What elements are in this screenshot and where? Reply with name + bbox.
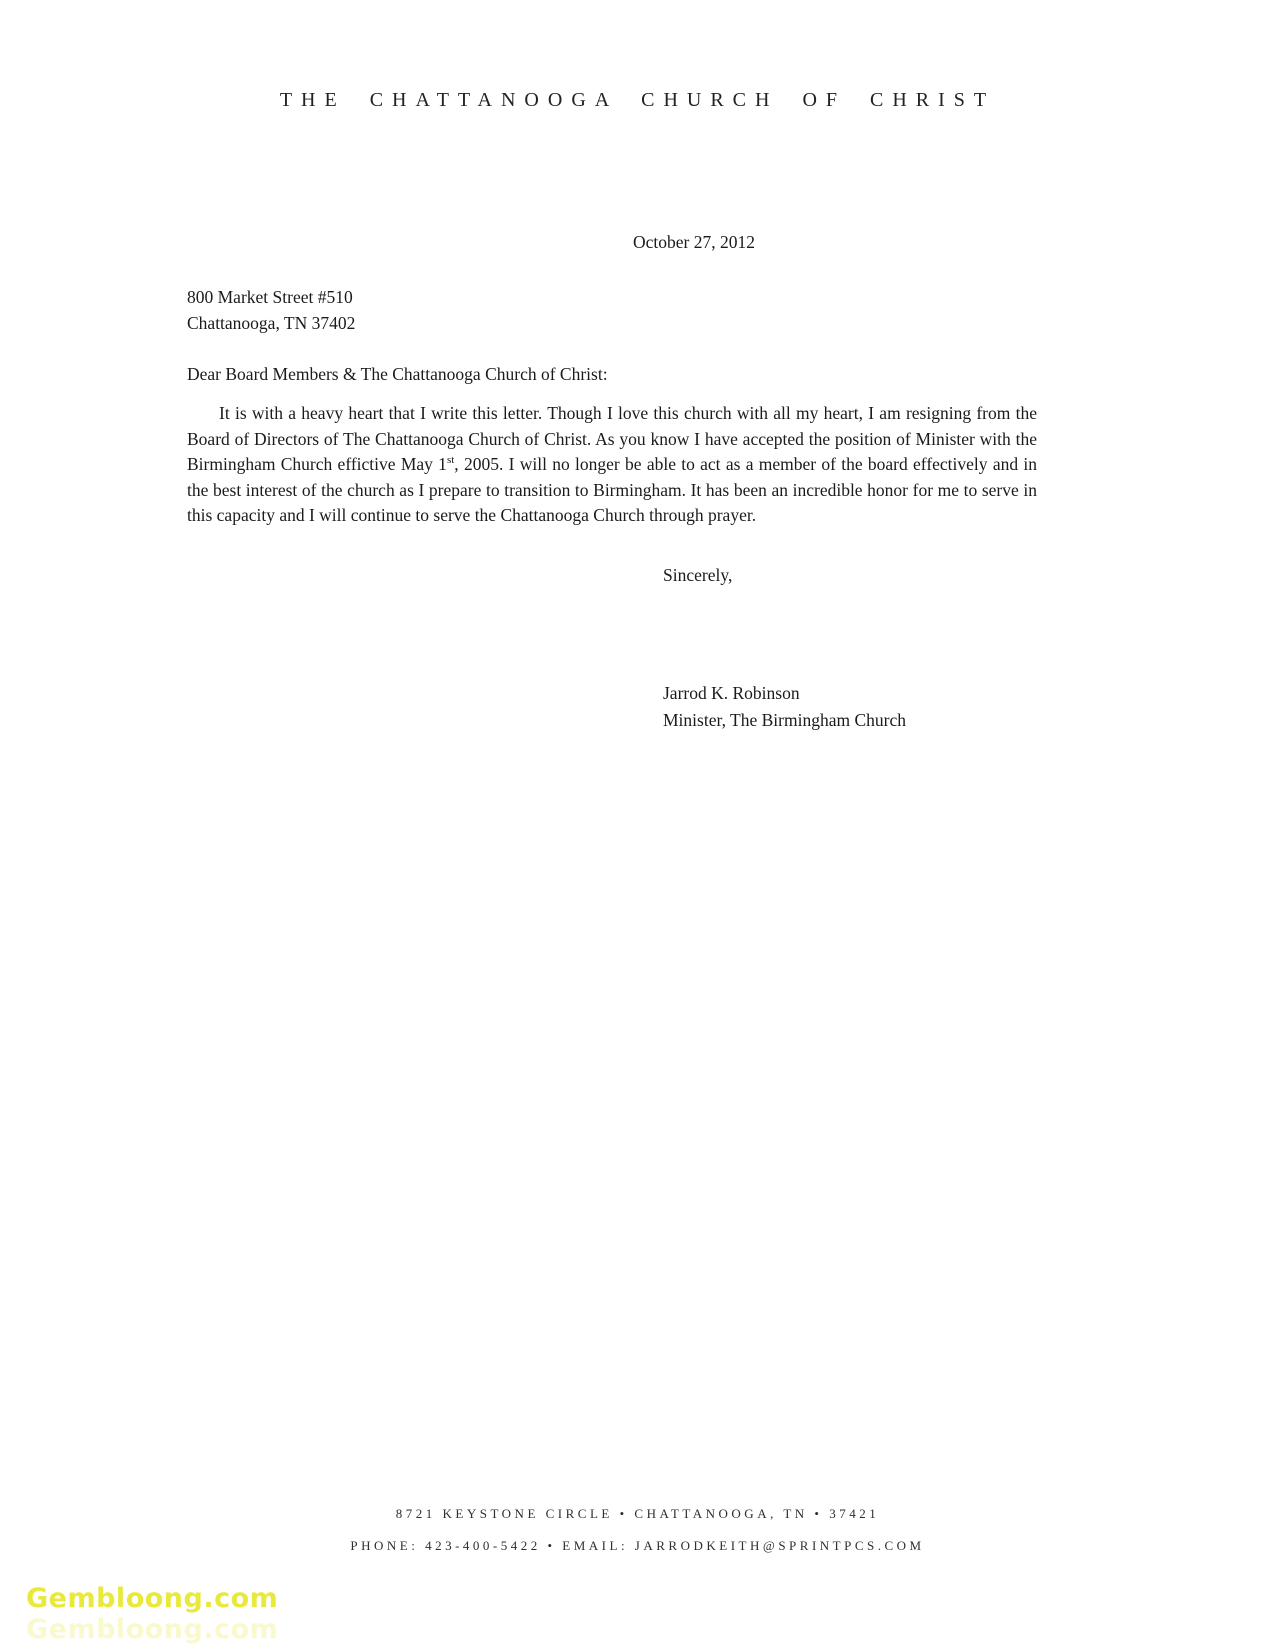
letter-footer: 8721 KEYSTONE CIRCLE • CHATTANOOGA, TN •… (0, 1498, 1275, 1562)
salutation: Dear Board Members & The Chattanooga Chu… (187, 362, 1037, 387)
watermark-ghost-text: Gembloong.com (26, 1614, 278, 1645)
body-paragraph: It is with a heavy heart that I write th… (187, 401, 1037, 529)
watermark-text: Gembloong.com (26, 1583, 278, 1614)
footer-contact-line: PHONE: 423-400-5422 • EMAIL: JARRODKEITH… (0, 1530, 1275, 1562)
closing-word: Sincerely, (663, 563, 732, 588)
closing-line: Sincerely, (187, 563, 1037, 588)
letter-date: October 27, 2012 (633, 230, 755, 254)
address-line-2: Chattanooga, TN 37402 (187, 310, 1037, 336)
signature-title: Minister, The Birmingham Church (663, 707, 1037, 734)
address-line-1: 800 Market Street #510 (187, 284, 1037, 310)
signature-name: Jarrod K. Robinson (663, 680, 1037, 707)
letterhead-title: THE CHATTANOOGA CHURCH OF CHRIST (0, 0, 1275, 112)
letter-content: October 27, 2012 800 Market Street #510 … (187, 230, 1037, 734)
signature-block: Jarrod K. Robinson Minister, The Birming… (663, 680, 1037, 734)
footer-address-line: 8721 KEYSTONE CIRCLE • CHATTANOOGA, TN •… (0, 1498, 1275, 1530)
letter-page: THE CHATTANOOGA CHURCH OF CHRIST October… (0, 0, 1275, 1650)
date-line: October 27, 2012 (187, 230, 1037, 254)
address-block: 800 Market Street #510 Chattanooga, TN 3… (187, 284, 1037, 336)
